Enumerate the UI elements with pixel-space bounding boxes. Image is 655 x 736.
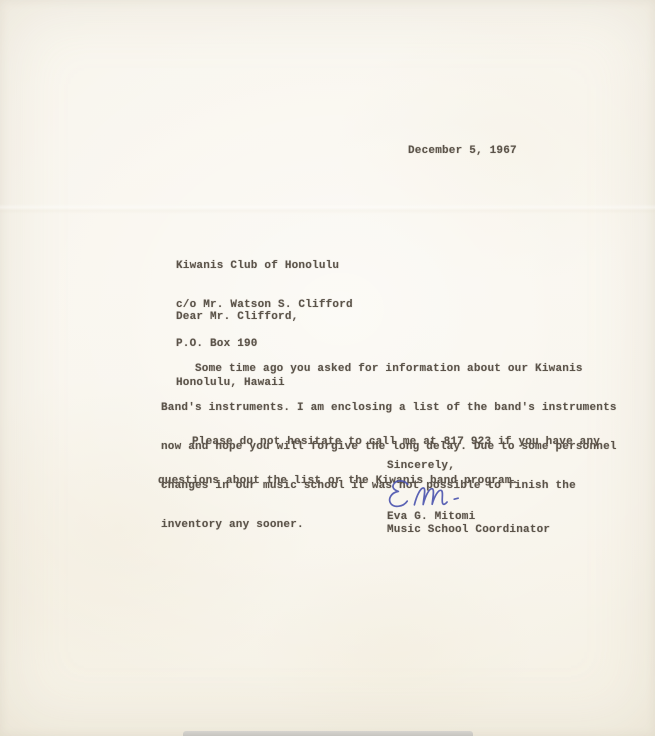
- salutation: Dear Mr. Clifford,: [176, 311, 298, 324]
- recipient-line: Kiwanis Club of Honolulu: [176, 260, 353, 273]
- signed-name: Eva G. Mitomi: [387, 511, 475, 524]
- scanner-edge-strip: [183, 731, 473, 736]
- handwritten-signature-em: [383, 475, 464, 514]
- signed-title: Music School Coordinator: [387, 524, 550, 537]
- body-paragraph-2: Please do not hesitate to call me at 817…: [158, 410, 600, 514]
- scanned-letter: December 5, 1967 Kiwanis Club of Honolul…: [0, 0, 655, 736]
- closing: Sincerely,: [387, 460, 455, 473]
- body-line: Some time ago you asked for information …: [161, 363, 617, 376]
- letter-date: December 5, 1967: [408, 145, 517, 158]
- body-line: questions about the list or the Kiwanis …: [158, 475, 600, 488]
- body-line: Please do not hesitate to call me at 817…: [158, 436, 600, 449]
